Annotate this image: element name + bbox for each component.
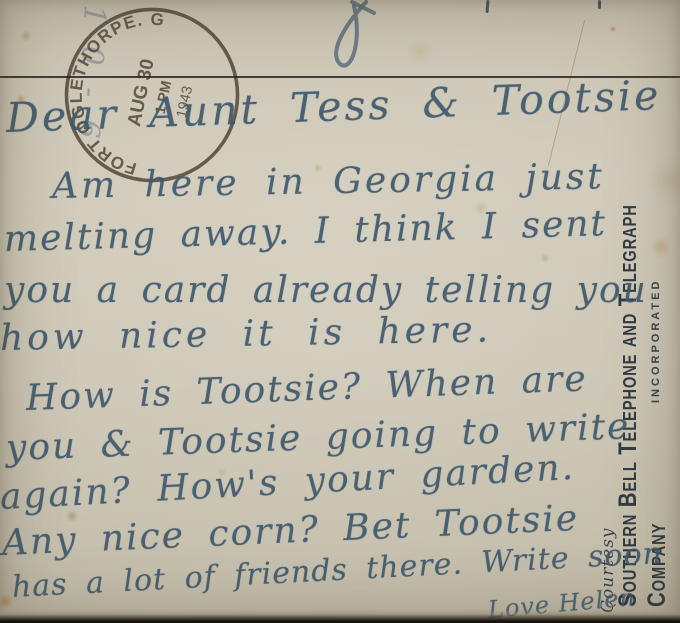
postcard-photo: 10-6 FORT OGLETHORPE. GA AUG 30 1 PM 194… xyxy=(0,0,680,623)
pen-scribble xyxy=(300,0,500,80)
postcard-bottom-edge xyxy=(0,610,680,623)
message-line: melting away. I think I sent xyxy=(3,203,607,260)
message-line: you a card already telling you xyxy=(4,270,648,311)
company-credit-text: Southern Bell Telephone and Telegraph Co… xyxy=(614,115,644,607)
message-line: Am here in Georgia just xyxy=(52,156,606,207)
message-line: how nice it is here. xyxy=(0,309,492,359)
pen-tick-mark xyxy=(598,0,601,9)
incorporated-label: INCORPORATED xyxy=(650,273,664,403)
crease-line xyxy=(0,76,680,78)
